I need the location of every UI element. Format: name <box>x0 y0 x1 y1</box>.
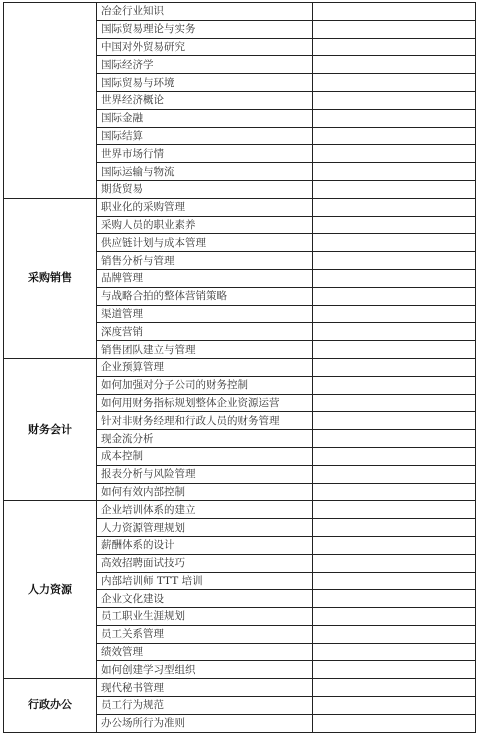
course-name-cell: 深度营销 <box>97 323 313 341</box>
course-name-cell: 期货贸易 <box>97 180 313 198</box>
empty-cell <box>313 643 476 661</box>
empty-cell <box>313 465 476 483</box>
course-name-cell: 国际经济学 <box>97 56 313 74</box>
empty-cell <box>313 554 476 572</box>
empty-cell <box>313 483 476 501</box>
course-name-cell: 供应链计划与成本管理 <box>97 234 313 252</box>
empty-cell <box>313 590 476 608</box>
course-name-cell: 企业培训体系的建立 <box>97 501 313 519</box>
course-name-cell: 绩效管理 <box>97 643 313 661</box>
course-name-cell: 高效招聘面试技巧 <box>97 554 313 572</box>
empty-cell <box>313 3 476 21</box>
table-row: 人力资源企业培训体系的建立 <box>4 501 476 519</box>
course-name-cell: 冶金行业知识 <box>97 3 313 21</box>
course-name-cell: 世界市场行情 <box>97 145 313 163</box>
table-row: 冶金行业知识 <box>4 3 476 21</box>
empty-cell <box>313 163 476 181</box>
course-name-cell: 现金流分析 <box>97 430 313 448</box>
empty-cell <box>313 412 476 430</box>
empty-cell <box>313 376 476 394</box>
table-row: 采购销售职业化的采购管理 <box>4 198 476 216</box>
empty-cell <box>313 661 476 679</box>
course-name-cell: 世界经济概论 <box>97 91 313 109</box>
course-name-cell: 国际运输与物流 <box>97 163 313 181</box>
course-name-cell: 人力资源管理规划 <box>97 519 313 537</box>
empty-cell <box>313 269 476 287</box>
course-name-cell: 内部培训师 TTT 培训 <box>97 572 313 590</box>
table-row: 行政办公现代秘书管理 <box>4 679 476 697</box>
empty-cell <box>313 430 476 448</box>
course-name-cell: 如何加强对分子公司的财务控制 <box>97 376 313 394</box>
empty-cell <box>313 519 476 537</box>
empty-cell <box>313 145 476 163</box>
course-name-cell: 销售团队建立与管理 <box>97 341 313 359</box>
course-name-cell: 如何有效内部控制 <box>97 483 313 501</box>
course-name-cell: 员工职业生涯规划 <box>97 608 313 626</box>
empty-cell <box>313 697 476 715</box>
course-name-cell: 职业化的采购管理 <box>97 198 313 216</box>
empty-cell <box>313 20 476 38</box>
empty-cell <box>313 180 476 198</box>
empty-cell <box>313 679 476 697</box>
course-name-cell: 报表分析与风险管理 <box>97 465 313 483</box>
course-name-cell: 员工关系管理 <box>97 625 313 643</box>
course-name-cell: 品牌管理 <box>97 269 313 287</box>
empty-cell <box>313 447 476 465</box>
empty-cell <box>313 341 476 359</box>
empty-cell <box>313 56 476 74</box>
empty-cell <box>313 287 476 305</box>
course-name-cell: 中国对外贸易研究 <box>97 38 313 56</box>
empty-cell <box>313 394 476 412</box>
course-name-cell: 与战略合拍的整体营销策略 <box>97 287 313 305</box>
category-purchasing-sales: 采购销售 <box>4 198 97 358</box>
empty-cell <box>313 234 476 252</box>
course-name-cell: 现代秘书管理 <box>97 679 313 697</box>
course-name-cell: 渠道管理 <box>97 305 313 323</box>
empty-cell <box>313 536 476 554</box>
empty-cell <box>313 127 476 145</box>
course-name-cell: 员工行为规范 <box>97 697 313 715</box>
empty-cell <box>313 358 476 376</box>
empty-cell <box>313 91 476 109</box>
course-name-cell: 针对非财务经理和行政人员的财务管理 <box>97 412 313 430</box>
empty-cell <box>313 109 476 127</box>
course-table-body: 冶金行业知识国际贸易理论与实务中国对外贸易研究国际经济学国际贸易与环境世界经济概… <box>4 3 476 733</box>
course-name-cell: 成本控制 <box>97 447 313 465</box>
course-name-cell: 国际结算 <box>97 127 313 145</box>
course-name-cell: 国际贸易与环境 <box>97 74 313 92</box>
course-name-cell: 企业预算管理 <box>97 358 313 376</box>
category-finance-accounting: 财务会计 <box>4 358 97 500</box>
empty-cell <box>313 625 476 643</box>
course-name-cell: 薪酬体系的设计 <box>97 536 313 554</box>
category-administration: 行政办公 <box>4 679 97 732</box>
course-name-cell: 企业文化建设 <box>97 590 313 608</box>
course-name-cell: 销售分析与管理 <box>97 252 313 270</box>
course-name-cell: 如何创建学习型组织 <box>97 661 313 679</box>
course-name-cell: 采购人员的职业素养 <box>97 216 313 234</box>
empty-cell <box>313 74 476 92</box>
category-continued <box>4 3 97 199</box>
empty-cell <box>313 608 476 626</box>
empty-cell <box>313 572 476 590</box>
empty-cell <box>313 501 476 519</box>
empty-cell <box>313 252 476 270</box>
course-name-cell: 如何用财务指标规划整体企业资源运营 <box>97 394 313 412</box>
empty-cell <box>313 38 476 56</box>
empty-cell <box>313 198 476 216</box>
table-row: 财务会计企业预算管理 <box>4 358 476 376</box>
empty-cell <box>313 714 476 732</box>
category-human-resources: 人力资源 <box>4 501 97 679</box>
empty-cell <box>313 305 476 323</box>
course-name-cell: 办公场所行为准则 <box>97 714 313 732</box>
empty-cell <box>313 323 476 341</box>
course-table: 冶金行业知识国际贸易理论与实务中国对外贸易研究国际经济学国际贸易与环境世界经济概… <box>3 2 476 733</box>
course-name-cell: 国际金融 <box>97 109 313 127</box>
course-name-cell: 国际贸易理论与实务 <box>97 20 313 38</box>
empty-cell <box>313 216 476 234</box>
